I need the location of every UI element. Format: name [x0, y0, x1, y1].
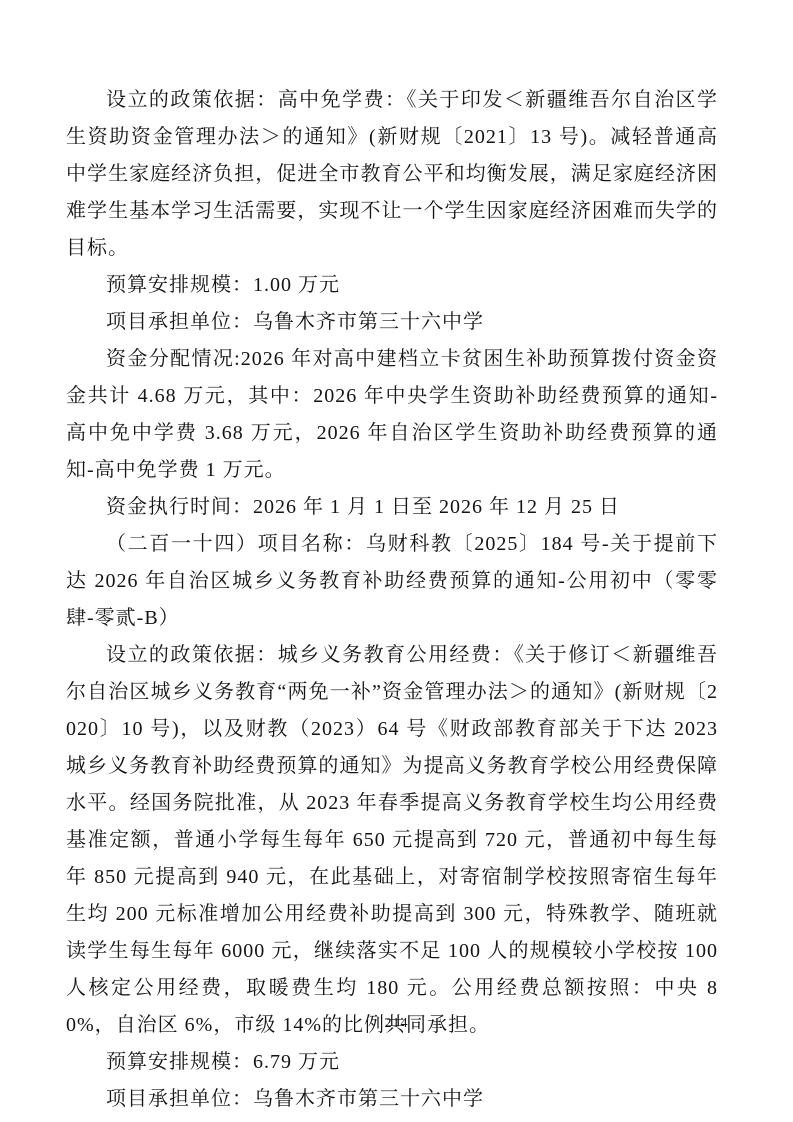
paragraph-project-name-214: （二百一十四）项目名称：乌财科教〔2025〕184 号-关于提前下达 2026 … — [66, 526, 718, 637]
paragraph-policy-basis-2: 设立的政策依据：城乡义务教育公用经费：《关于修订＜新疆维吾尔自治区城乡义务教育“… — [66, 637, 718, 1044]
paragraph-undertaking-unit-1: 项目承担单位：乌鲁木齐市第三十六中学 — [66, 304, 718, 341]
page-number: 214 — [0, 1016, 793, 1032]
paragraph-budget-scale-1: 预算安排规模：1.00 万元 — [66, 267, 718, 304]
page-content: 设立的政策依据：高中免学费：《关于印发＜新疆维吾尔自治区学生资助资金管理办法＞的… — [66, 82, 718, 1118]
document-page: 设立的政策依据：高中免学费：《关于印发＜新疆维吾尔自治区学生资助资金管理办法＞的… — [0, 0, 793, 1122]
paragraph-budget-scale-2: 预算安排规模：6.79 万元 — [66, 1044, 718, 1081]
paragraph-fund-allocation: 资金分配情况:2026 年对高中建档立卡贫困生补助预算拨付资金资金共计 4.68… — [66, 341, 718, 489]
paragraph-undertaking-unit-2: 项目承担单位：乌鲁木齐市第三十六中学 — [66, 1081, 718, 1118]
paragraph-fund-execution-time: 资金执行时间：2026 年 1 月 1 日至 2026 年 12 月 25 日 — [66, 489, 718, 526]
paragraph-policy-basis-1: 设立的政策依据：高中免学费：《关于印发＜新疆维吾尔自治区学生资助资金管理办法＞的… — [66, 82, 718, 267]
